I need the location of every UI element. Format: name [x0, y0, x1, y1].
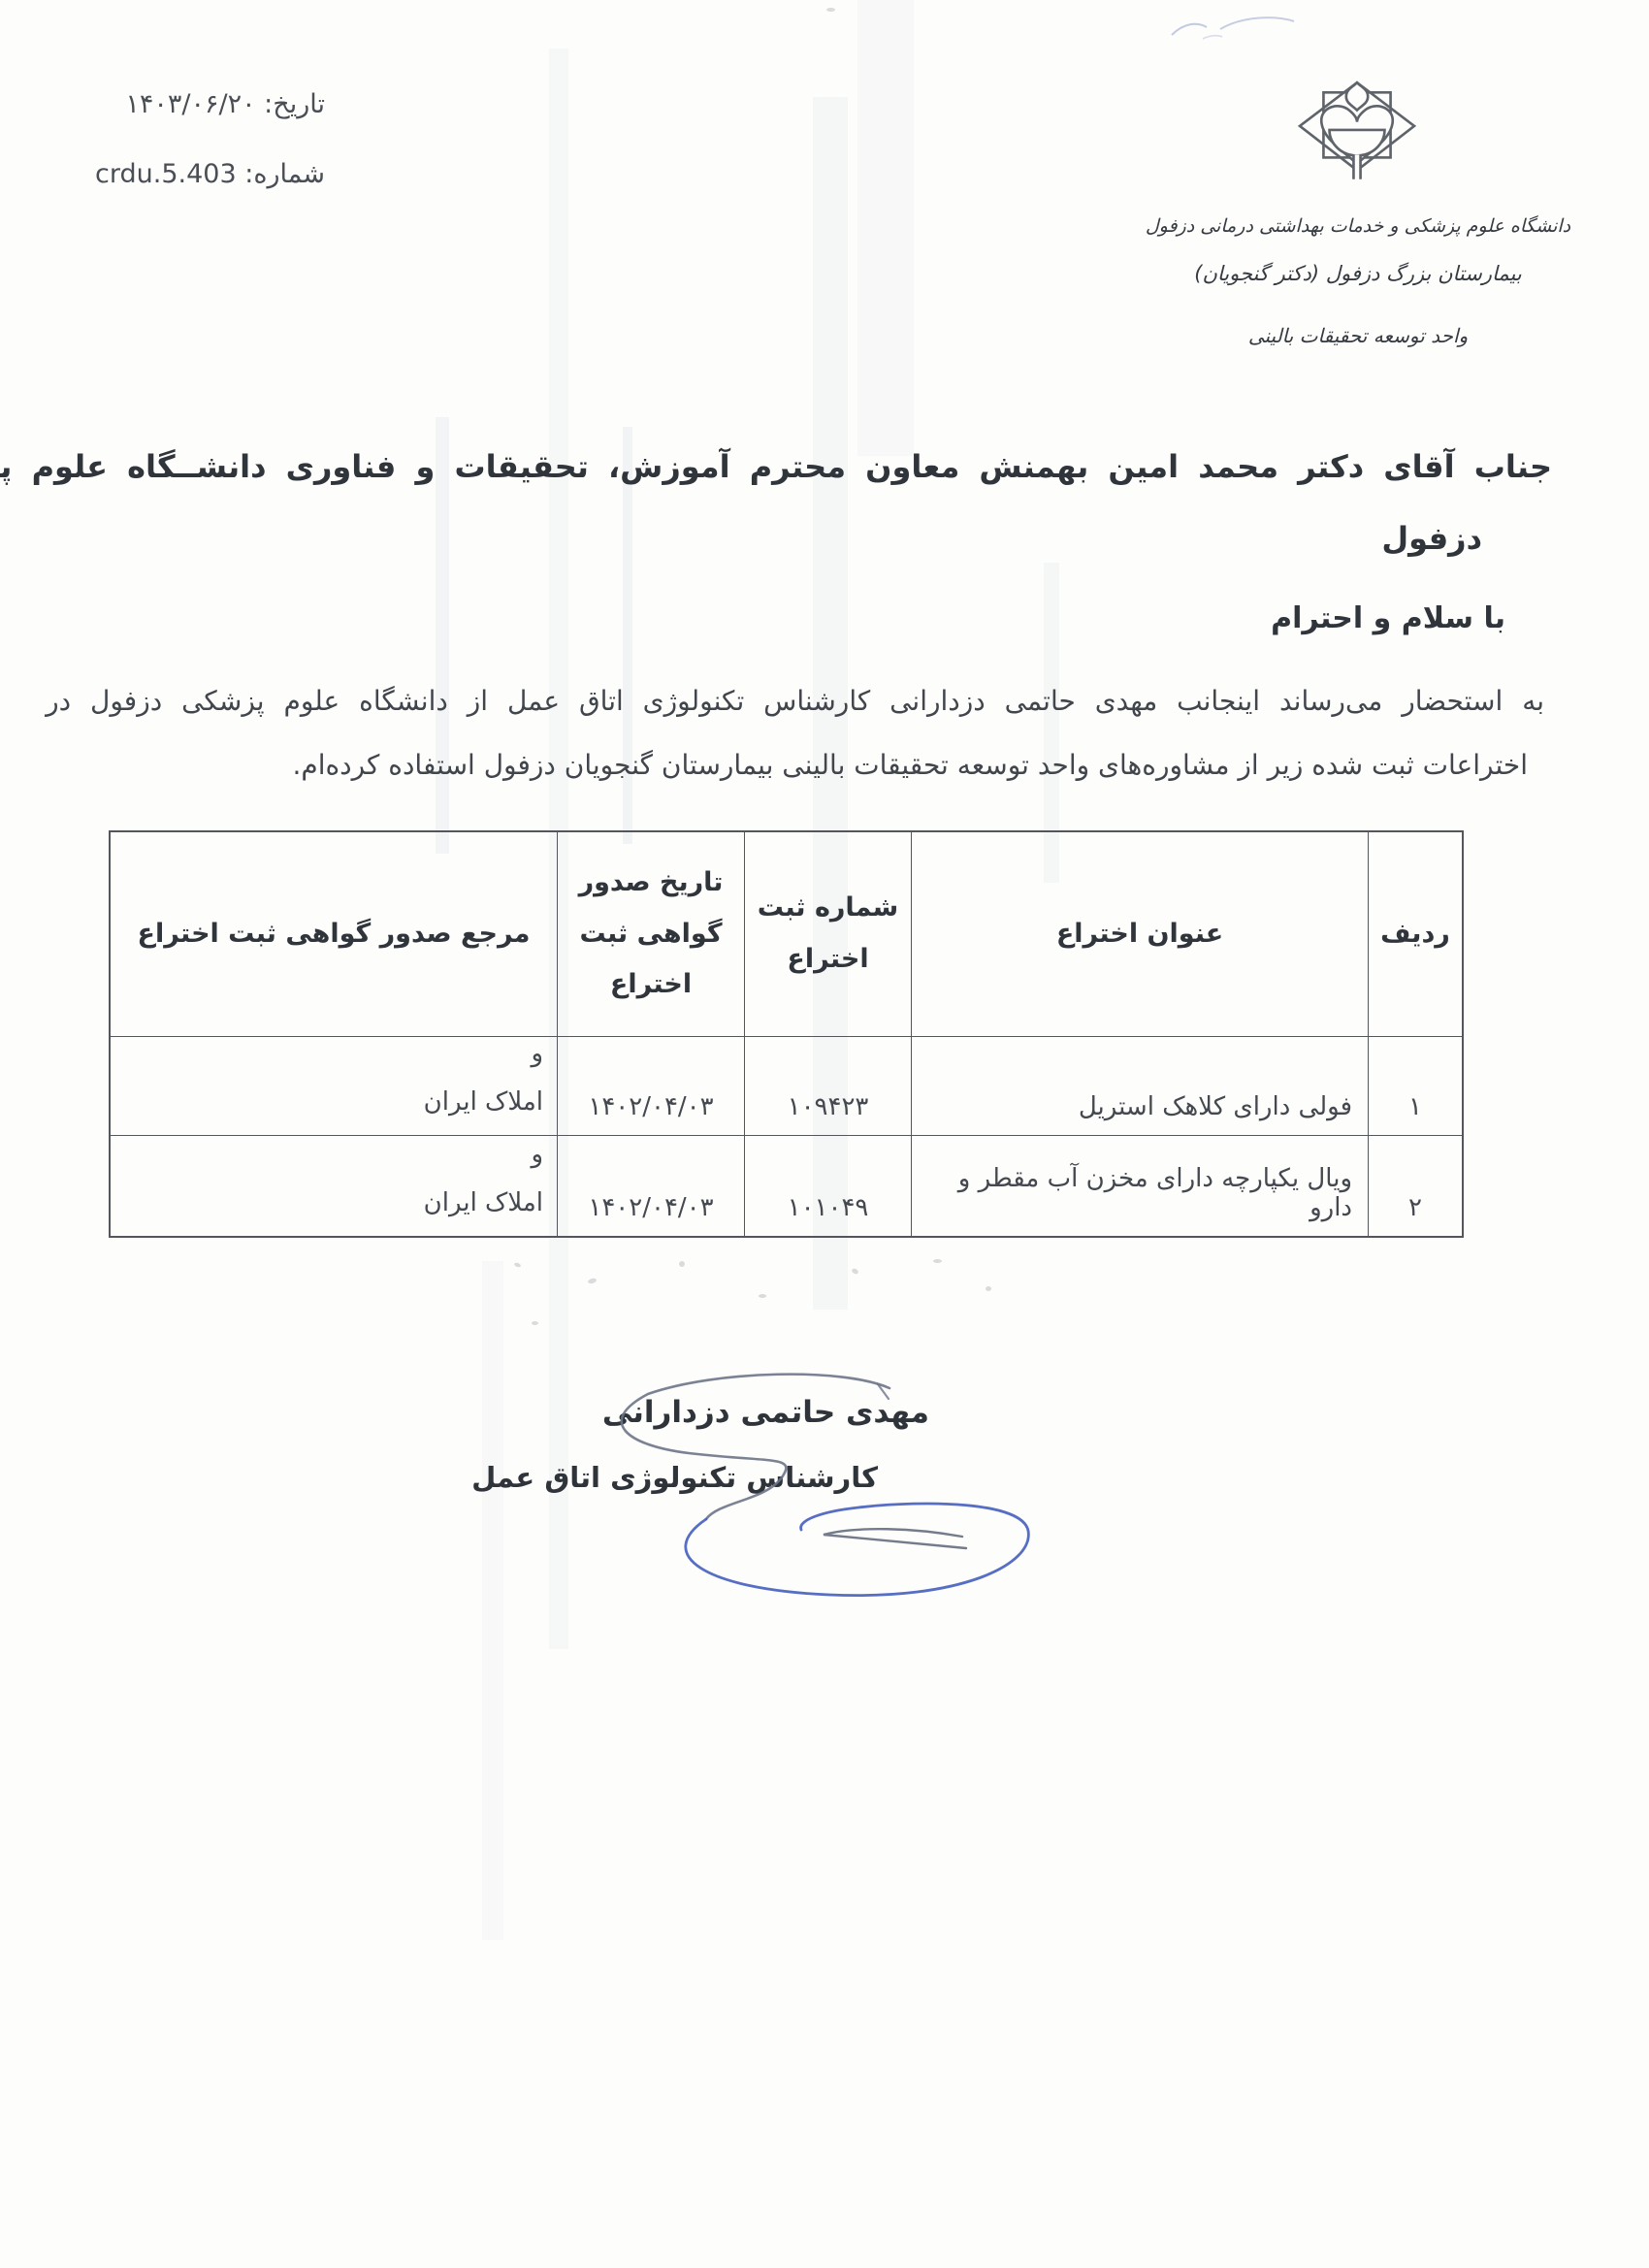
date-label: تاریخ: — [264, 89, 325, 119]
table-row2-number: ۲ — [1368, 1135, 1462, 1236]
number-label: شماره: — [244, 159, 325, 189]
date-line: تاریخ: ۱۴۰۳/۰۶/۲۰ — [125, 89, 325, 119]
org-name-line1: دانشگاه علوم پزشکی و خدمات بهداشتی درمان… — [1115, 215, 1600, 237]
number-value: 403.crdu.5 — [95, 159, 237, 189]
scan-streak — [482, 1261, 503, 1940]
table-header-registration-number: شماره ثبت اختراع — [744, 832, 911, 1036]
scanned-letter-page: تاریخ: ۱۴۰۳/۰۶/۲۰ شماره: 403.crdu.5 دانش… — [0, 0, 1649, 2268]
scan-speck — [532, 1321, 538, 1325]
table-row2-reg-no: ۱۰۱۰۴۹ — [744, 1135, 911, 1236]
table-row1-number: ۱ — [1368, 1036, 1462, 1135]
salutation: با سلام و احترام — [1271, 601, 1505, 635]
scan-speck — [826, 8, 835, 12]
scan-speck — [933, 1259, 942, 1263]
pen-mark — [1164, 6, 1309, 49]
table-row1-title: فولی دارای کلاهک استریل — [911, 1036, 1368, 1135]
table-header-invention-title: عنوان اختراع — [911, 832, 1368, 1036]
table-header-certificate-date: تاریخ صدور گواهی ثبت اختراع — [557, 832, 744, 1036]
scan-speck — [759, 1294, 766, 1298]
date-value: ۱۴۰۳/۰۶/۲۰ — [125, 89, 255, 119]
recipient-line2: دزفول — [1381, 520, 1482, 557]
scan-speck — [588, 1278, 598, 1284]
scan-speck — [986, 1286, 991, 1291]
table-row2-title: ویال یکپارچه دارای مخزن آب مقطر و دارو — [911, 1135, 1368, 1236]
scan-streak — [857, 0, 914, 456]
patents-table: ردیف عنوان اختراع شماره ثبت اختراع تاریخ… — [109, 830, 1464, 1238]
table-row2-authority: مرکز مالکیت معنوی سازمان ثبت اسناد و امل… — [111, 1135, 557, 1236]
org-name-line3: واحد توسعه تحقیقات بالینی — [1115, 324, 1600, 347]
table-row1-date: ۱۴۰۲/۰۴/۰۳ — [557, 1036, 744, 1135]
table-row2-date: ۱۴۰۲/۰۴/۰۳ — [557, 1135, 744, 1236]
scan-streak — [623, 427, 632, 844]
body-line1: به استحضار می‌رساند اینجانب مهدی حاتمی د… — [46, 685, 1544, 717]
body-line2: اختراعات ثبت شده زیر از مشاوره‌های واحد … — [292, 749, 1528, 781]
org-name-line2: بیمارستان بزرگ دزفول (دکتر گنجویان) — [1115, 262, 1600, 285]
table-header-row-number: ردیف — [1368, 832, 1462, 1036]
handwritten-signature — [543, 1348, 1086, 1639]
number-line: شماره: 403.crdu.5 — [95, 159, 325, 189]
recipient-line1: جناب آقای دکتر محمد امین بهمنش معاون محت… — [0, 448, 1552, 485]
table-header-issuing-authority: مرجع صدور گواهی ثبت اختراع — [111, 832, 557, 1036]
scan-speck — [851, 1268, 859, 1276]
scan-speck — [514, 1262, 522, 1268]
table-row1-authority: مرکز مالکیت معنوی سازمان ثبت اسناد و امل… — [111, 1036, 557, 1135]
table-row1-reg-no: ۱۰۹۴۲۳ — [744, 1036, 911, 1135]
scan-speck — [679, 1261, 685, 1267]
university-emblem-logo — [1298, 78, 1416, 190]
